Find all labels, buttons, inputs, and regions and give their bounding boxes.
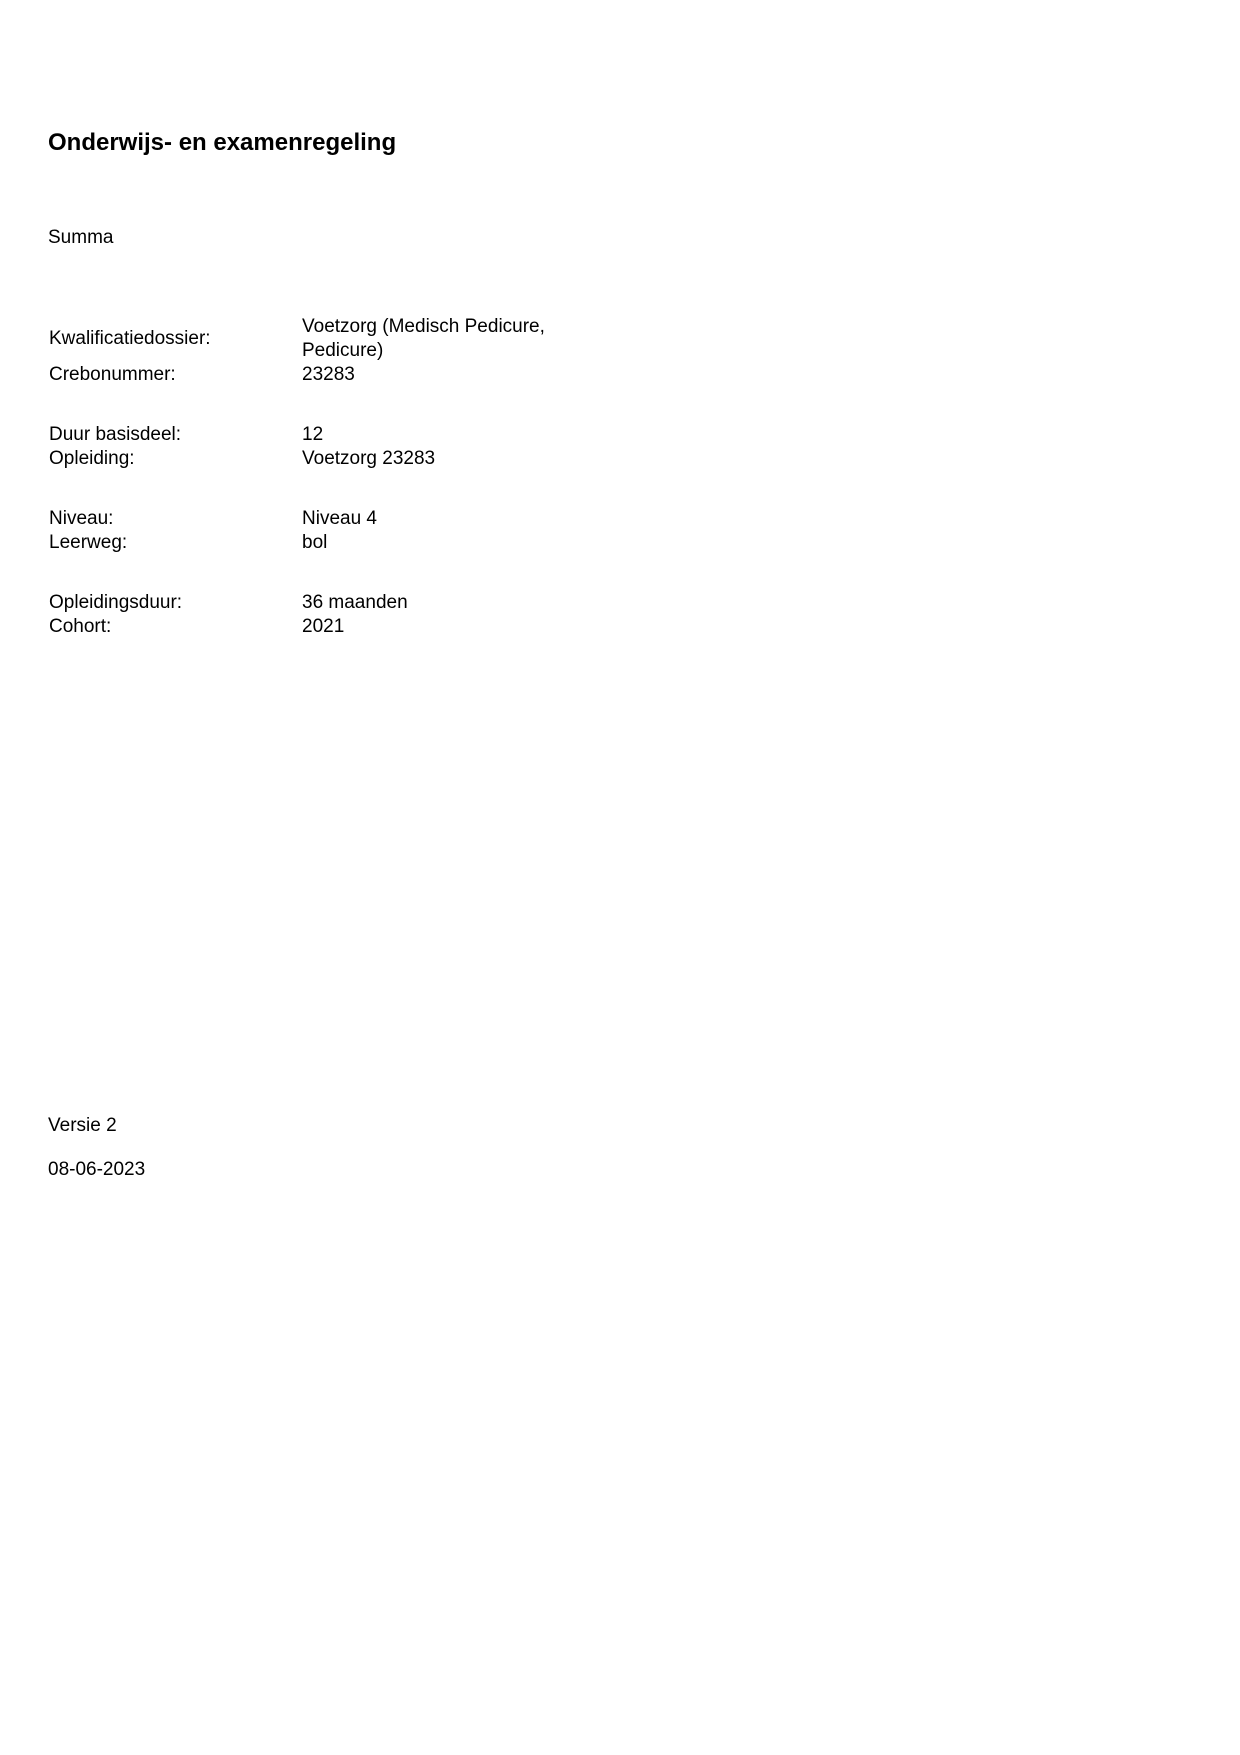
kwalificatiedossier-label: Kwalificatiedossier: — [49, 327, 302, 351]
info-row-crebonummer: Crebonummer: 23283 — [49, 363, 649, 387]
info-row-cohort: Cohort: 2021 — [49, 615, 649, 639]
cohort-label: Cohort: — [49, 615, 302, 639]
document-version: Versie 2 — [48, 1116, 117, 1135]
crebonummer-label: Crebonummer: — [49, 363, 302, 387]
niveau-value: Niveau 4 — [302, 507, 592, 531]
crebonummer-value: 23283 — [302, 363, 592, 387]
program-info-table: Kwalificatiedossier: Voetzorg (Medisch P… — [49, 315, 649, 675]
opleiding-label: Opleiding: — [49, 447, 302, 471]
kwalificatiedossier-value: Voetzorg (Medisch Pedicure, Pedicure) — [302, 315, 592, 363]
leerweg-value: bol — [302, 531, 592, 555]
info-group-qualification: Kwalificatiedossier: Voetzorg (Medisch P… — [49, 315, 649, 387]
info-row-duur-basisdeel: Duur basisdeel: 12 — [49, 423, 649, 447]
document-date: 08-06-2023 — [48, 1160, 145, 1179]
info-group-program: Duur basisdeel: 12 Opleiding: Voetzorg 2… — [49, 423, 649, 471]
opleiding-value: Voetzorg 23283 — [302, 447, 592, 471]
info-group-level: Niveau: Niveau 4 Leerweg: bol — [49, 507, 649, 555]
niveau-label: Niveau: — [49, 507, 302, 531]
info-row-kwalificatiedossier: Kwalificatiedossier: Voetzorg (Medisch P… — [49, 315, 649, 363]
cohort-value: 2021 — [302, 615, 592, 639]
info-group-duration: Opleidingsduur: 36 maanden Cohort: 2021 — [49, 591, 649, 639]
duur-basisdeel-value: 12 — [302, 423, 592, 447]
opleidingsduur-value: 36 maanden — [302, 591, 592, 615]
organization-name: Summa — [48, 228, 113, 247]
info-row-opleidingsduur: Opleidingsduur: 36 maanden — [49, 591, 649, 615]
duur-basisdeel-label: Duur basisdeel: — [49, 423, 302, 447]
opleidingsduur-label: Opleidingsduur: — [49, 591, 302, 615]
document-title: Onderwijs- en examenregeling — [48, 131, 396, 155]
info-row-niveau: Niveau: Niveau 4 — [49, 507, 649, 531]
info-row-opleiding: Opleiding: Voetzorg 23283 — [49, 447, 649, 471]
leerweg-label: Leerweg: — [49, 531, 302, 555]
info-row-leerweg: Leerweg: bol — [49, 531, 649, 555]
